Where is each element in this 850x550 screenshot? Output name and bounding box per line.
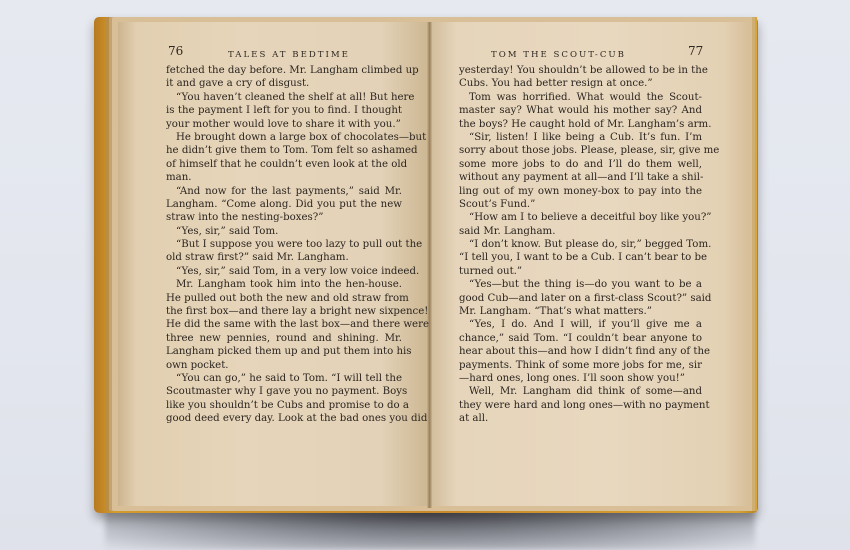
text-line: He pulled out both the new and old straw… — [166, 292, 402, 305]
text-line: it and gave a cry of disgust. — [166, 77, 402, 90]
right-page: TOM THE SCOUT-CUB 77 yesterday! You shou… — [431, 22, 749, 506]
page-number: 77 — [688, 45, 703, 58]
book-spine-gutter — [427, 22, 432, 508]
text-line: he didn’t give them to Tom. Tom felt so … — [166, 144, 402, 157]
text-line: Tom was horrified. What would the Scout- — [459, 91, 702, 104]
text-line: good deed every day. Look at the bad one… — [166, 412, 402, 425]
text-line: He brought down a large box of chocolate… — [166, 131, 402, 144]
text-line: hear about this—and how I didn’t find an… — [459, 345, 702, 358]
text-line: —hard ones, long ones. I’ll soon show yo… — [459, 372, 702, 385]
text-line: “How am I to believe a deceitful boy lik… — [459, 211, 702, 224]
text-line: He did the same with the last box—and th… — [166, 318, 402, 331]
text-line: without any payment at all—and I’ll take… — [459, 171, 702, 184]
text-line: master say? What would his mother say? A… — [459, 104, 702, 117]
page-body: yesterday! You shouldn’t be allowed to b… — [459, 64, 702, 426]
text-line: “Yes—but the thing is—do you want to be … — [459, 278, 702, 291]
text-line: Scout’s Fund.” — [459, 198, 702, 211]
text-line: “You haven’t cleaned the shelf at all! B… — [166, 91, 402, 104]
text-line: the boys? He caught hold of Mr. Langham’… — [459, 118, 702, 131]
text-line: “Yes, sir,” said Tom. — [166, 225, 402, 238]
text-line: three new pennies, round and shining. Mr… — [166, 332, 402, 345]
left-page: 76 TALES AT BEDTIME fetched the day befo… — [118, 22, 427, 506]
text-line: the first box—and there lay a bright new… — [166, 305, 402, 318]
text-line: old straw first?” said Mr. Langham. — [166, 251, 402, 264]
text-line: they were hard and long ones—with no pay… — [459, 399, 702, 412]
text-line: good Cub—and later on a first-class Scou… — [459, 292, 702, 305]
running-head: TALES AT BEDTIME — [228, 49, 350, 62]
text-line: at all. — [459, 412, 702, 425]
text-line: like you shouldn’t be Cubs and promise t… — [166, 399, 402, 412]
text-line: your mother would love to share it with … — [166, 118, 402, 131]
text-line: yesterday! You shouldn’t be allowed to b… — [459, 64, 702, 77]
text-line: Well, Mr. Langham did think of some—and — [459, 385, 702, 398]
text-line: “Yes, I do. And I will, if you’ll give m… — [459, 318, 702, 331]
text-line: Mr. Langham. “That’s what matters.” — [459, 305, 702, 318]
text-line: some more jobs to do and I’ll do them we… — [459, 158, 702, 171]
text-line: of himself that he couldn’t even look at… — [166, 158, 402, 171]
text-line: turned out.” — [459, 265, 702, 278]
text-line: “But I suppose you were too lazy to pull… — [166, 238, 402, 251]
text-line: Cubs. You had better resign at once.” — [459, 77, 702, 90]
text-line: sorry about those jobs. Please, please, … — [459, 144, 702, 157]
text-line: Scoutmaster why I gave you no payment. B… — [166, 385, 402, 398]
text-line: Langham. “Come along. Did you put the ne… — [166, 198, 402, 211]
text-line: “And now for the last payments,” said Mr… — [166, 185, 402, 198]
text-line: “Sir, listen! I like being a Cub. It’s f… — [459, 131, 702, 144]
running-head: TOM THE SCOUT-CUB — [491, 49, 626, 62]
text-line: Langham picked them up and put them into… — [166, 345, 402, 358]
text-line: ling out of my own money-box to pay into… — [459, 185, 702, 198]
text-line: chance,” said Tom. “I couldn’t bear anyo… — [459, 332, 702, 345]
text-line: straw into the nesting-boxes?” — [166, 211, 402, 224]
text-line: “I don’t know. But please do, sir,” begg… — [459, 238, 702, 251]
text-line: payments. Think of some more jobs for me… — [459, 359, 702, 372]
text-line: own pocket. — [166, 359, 402, 372]
page-body: fetched the day before. Mr. Langham clim… — [166, 64, 402, 426]
text-line: “You can go,” he said to Tom. “I will te… — [166, 372, 402, 385]
page-number: 76 — [168, 45, 183, 58]
text-line: fetched the day before. Mr. Langham clim… — [166, 64, 402, 77]
text-line: “I tell you, I want to be a Cub. I can’t… — [459, 251, 702, 264]
paper-speck — [398, 352, 400, 354]
text-line: man. — [166, 171, 402, 184]
text-line: Mr. Langham took him into the hen-house. — [166, 278, 402, 291]
text-line: said Mr. Langham. — [459, 225, 702, 238]
text-line: is the payment I left for you to find. I… — [166, 104, 402, 117]
text-line: “Yes, sir,” said Tom, in a very low voic… — [166, 265, 402, 278]
